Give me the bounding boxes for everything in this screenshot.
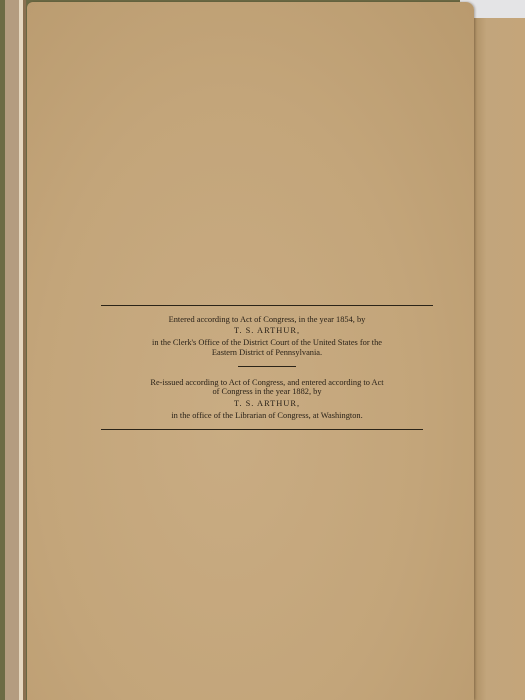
second-entry-author: T. S. ARTHUR, <box>101 398 433 409</box>
page-edge-shadow <box>23 0 26 700</box>
second-entry-line2: of Congress in the year 1882, by <box>101 388 433 396</box>
first-entry-line1: Entered according to Act of Congress, in… <box>101 315 433 325</box>
facing-page <box>470 18 525 700</box>
second-entry-line4: in the office of the Librarian of Congre… <box>101 411 433 421</box>
first-entry-line4: Eastern District of Pennsylvania. <box>101 348 433 358</box>
first-entry-author: T. S. ARTHUR, <box>101 325 433 336</box>
bottom-rule <box>101 429 423 430</box>
copyright-notice: Entered according to Act of Congress, in… <box>101 305 433 430</box>
first-entry-line3: in the Clerk's Office of the District Co… <box>101 338 433 348</box>
